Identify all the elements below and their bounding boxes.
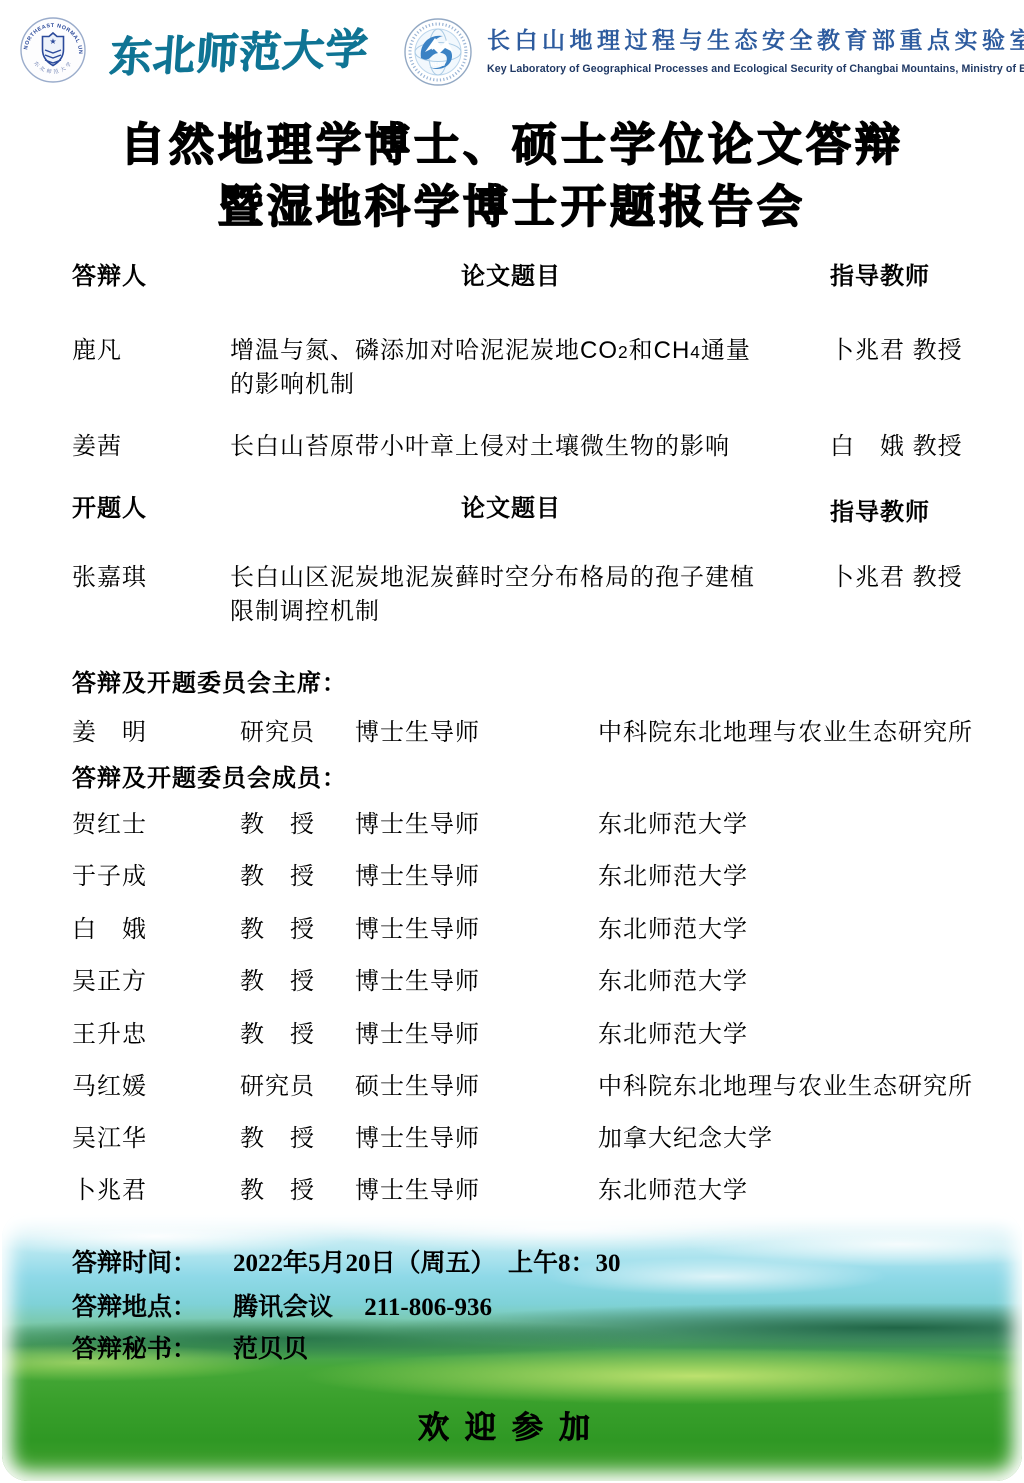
- member-role: 博士生导师: [355, 909, 480, 944]
- member-name: 于子成: [72, 856, 147, 891]
- member-rank: 教 授: [240, 1014, 315, 1049]
- defense-header-advisor: 指导教师: [830, 256, 930, 291]
- defense-secretary-value: 范贝贝: [233, 1329, 308, 1365]
- advisor-name: 白 娥 教授: [830, 426, 963, 461]
- member-rank: 教 授: [240, 1170, 315, 1205]
- member-rank: 研究员: [240, 1066, 315, 1101]
- thesis-title-part: 和CH: [629, 337, 691, 364]
- member-affiliation: 东北师范大学: [598, 1170, 748, 1205]
- lab-title-block: 长白山地理过程与生态安全教育部重点实验室 Key Laboratory of G…: [487, 22, 1024, 75]
- member-name: 王升忠: [72, 1014, 147, 1049]
- member-name: 吴江华: [72, 1118, 147, 1153]
- member-rank: 教 授: [240, 856, 315, 891]
- thesis-title-line: 长白山苔原带小叶章上侵对土壤微生物的影响: [230, 426, 730, 461]
- thesis-title-line: 限制调控机制: [230, 591, 380, 626]
- member-role: 硕士生导师: [355, 1066, 480, 1101]
- thesis-title-line: 的影响机制: [230, 364, 355, 399]
- svg-text:NENU: NENU: [431, 62, 446, 68]
- chair-role: 博士生导师: [355, 712, 480, 747]
- defense-header-person: 答辩人: [72, 256, 147, 291]
- member-role: 博士生导师: [355, 961, 480, 996]
- member-affiliation: 东北师范大学: [598, 856, 748, 891]
- nenu-university-seal-icon: NORTHEAST NORMAL UNIVERSITY 东北师范大学 ★: [18, 13, 88, 85]
- chair-name: 姜 明: [72, 712, 147, 747]
- svg-text:★: ★: [49, 37, 56, 46]
- defense-secretary-label: 答辩秘书：: [72, 1329, 197, 1365]
- member-affiliation: 东北师范大学: [598, 909, 748, 944]
- poster-title-line2: 暨湿地科学博士开题报告会: [0, 170, 1024, 235]
- member-name: 吴正方: [72, 961, 147, 996]
- chair-heading: 答辩及开题委员会主席：: [72, 663, 347, 698]
- member-name: 贺红士: [72, 804, 147, 839]
- proposal-header-advisor: 指导教师: [830, 492, 930, 527]
- thesis-title-part: 增温与氮、磷添加对哈泥泥炭地CO: [230, 337, 618, 364]
- member-name: 卜兆君: [72, 1170, 147, 1205]
- defense-venue-label: 答辩地点：: [72, 1287, 197, 1323]
- member-affiliation: 中科院东北地理与农业生态研究所: [598, 1066, 973, 1101]
- thesis-title-line: 增温与氮、磷添加对哈泥泥炭地CO2和CH4通量: [230, 330, 751, 365]
- proposal-header-title: 论文题目: [230, 488, 792, 523]
- defense-venue-value: 腾讯会议 211-806-936: [233, 1287, 492, 1323]
- member-name: 马红媛: [72, 1066, 147, 1101]
- advisor-name: 卜兆君 教授: [830, 330, 963, 365]
- members-heading: 答辩及开题委员会成员：: [72, 758, 347, 793]
- poster-title-line1: 自然地理学博士、硕士学位论文答辩: [0, 108, 1024, 173]
- subscript: 4: [690, 342, 701, 362]
- advisor-name: 卜兆君 教授: [830, 557, 963, 592]
- member-role: 博士生导师: [355, 1014, 480, 1049]
- chair-rank: 研究员: [240, 712, 315, 747]
- thesis-title-part: 通量: [701, 337, 751, 364]
- member-role: 博士生导师: [355, 1118, 480, 1153]
- member-rank: 教 授: [240, 909, 315, 944]
- lab-name-chinese: 长白山地理过程与生态安全教育部重点实验室: [487, 22, 1024, 55]
- member-name: 白 娥: [72, 909, 147, 944]
- defendant-name: 姜茜: [72, 426, 122, 461]
- defense-time-value: 2022年5月20日（周五） 上午8：30: [233, 1243, 621, 1279]
- member-role: 博士生导师: [355, 804, 480, 839]
- defense-header-title: 论文题目: [230, 256, 792, 291]
- proposal-header-person: 开题人: [72, 488, 147, 523]
- defendant-name: 鹿凡: [72, 330, 122, 365]
- member-affiliation: 东北师范大学: [598, 1014, 748, 1049]
- member-rank: 教 授: [240, 804, 315, 839]
- member-role: 博士生导师: [355, 1170, 480, 1205]
- university-name-calligraphy: 东北师范大学: [107, 15, 372, 84]
- lab-logo-icon: NENU: [403, 14, 473, 88]
- thesis-title-line: 长白山区泥炭地泥炭藓时空分布格局的孢子建植: [230, 557, 755, 592]
- member-affiliation: 加拿大纪念大学: [598, 1118, 773, 1153]
- header: NORTHEAST NORMAL UNIVERSITY 东北师范大学 ★ 东北师…: [14, 6, 1018, 98]
- lab-name-english: Key Laboratory of Geographical Processes…: [487, 63, 1024, 75]
- proposer-name: 张嘉琪: [72, 557, 147, 592]
- poster-page: NORTHEAST NORMAL UNIVERSITY 东北师范大学 ★ 东北师…: [0, 0, 1024, 1483]
- member-rank: 教 授: [240, 961, 315, 996]
- welcome-text: 欢迎参加: [0, 1402, 1024, 1447]
- member-affiliation: 东北师范大学: [598, 961, 748, 996]
- member-affiliation: 东北师范大学: [598, 804, 748, 839]
- member-role: 博士生导师: [355, 856, 480, 891]
- chair-affiliation: 中科院东北地理与农业生态研究所: [598, 712, 973, 747]
- member-rank: 教 授: [240, 1118, 315, 1153]
- subscript: 2: [618, 342, 629, 362]
- defense-time-label: 答辩时间：: [72, 1243, 197, 1279]
